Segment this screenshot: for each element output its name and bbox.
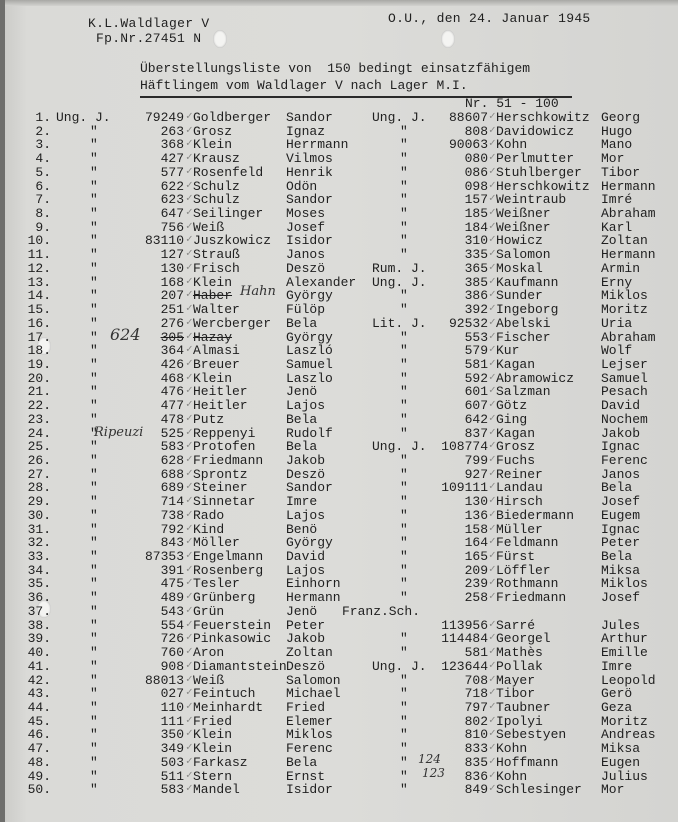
title-line-1: Überstellungsliste von 150 bedingt einsa… — [140, 60, 530, 77]
check-icon: ✓ — [489, 781, 496, 798]
origin: " — [90, 781, 98, 798]
surname: Schlesinger — [496, 781, 582, 798]
punch-hole-icon — [213, 30, 227, 48]
place-date: O.U., den 24. Januar 1945 — [388, 11, 591, 26]
document-page: K.L.Waldlager V Fp.Nr.27451 N O.U., den … — [0, 0, 678, 822]
first-name: Isidor — [286, 781, 333, 798]
surname: Mandel — [193, 781, 240, 798]
table-row: 50."583✓MandelIsidor"849✓SchlesingerMor — [0, 781, 678, 798]
field-post-number: Fp.Nr.27451 N — [96, 31, 201, 46]
camp-name: K.L.Waldlager V — [88, 16, 210, 31]
document-title: Überstellungsliste von 150 bedingt einsa… — [140, 60, 530, 94]
handwritten-number: 624 — [110, 325, 141, 344]
handwritten-number: 123 — [422, 766, 445, 780]
prisoner-number: 849 — [465, 781, 488, 798]
first-name: Mor — [601, 781, 624, 798]
title-line-2: Häftlingem vom Waldlager V nach Lager M.… — [140, 77, 530, 94]
handwritten-number: 124 — [418, 752, 441, 766]
punch-hole-icon — [441, 30, 455, 48]
handwritten-name: Ripeuzi — [94, 425, 143, 440]
handwritten-correction: Hahn — [240, 284, 276, 299]
prisoner-number: 583 — [161, 781, 184, 798]
row-number: 50. — [28, 781, 51, 798]
paper-top-edge — [0, 0, 678, 6]
check-icon: ✓ — [186, 781, 193, 798]
origin: " — [400, 781, 408, 798]
